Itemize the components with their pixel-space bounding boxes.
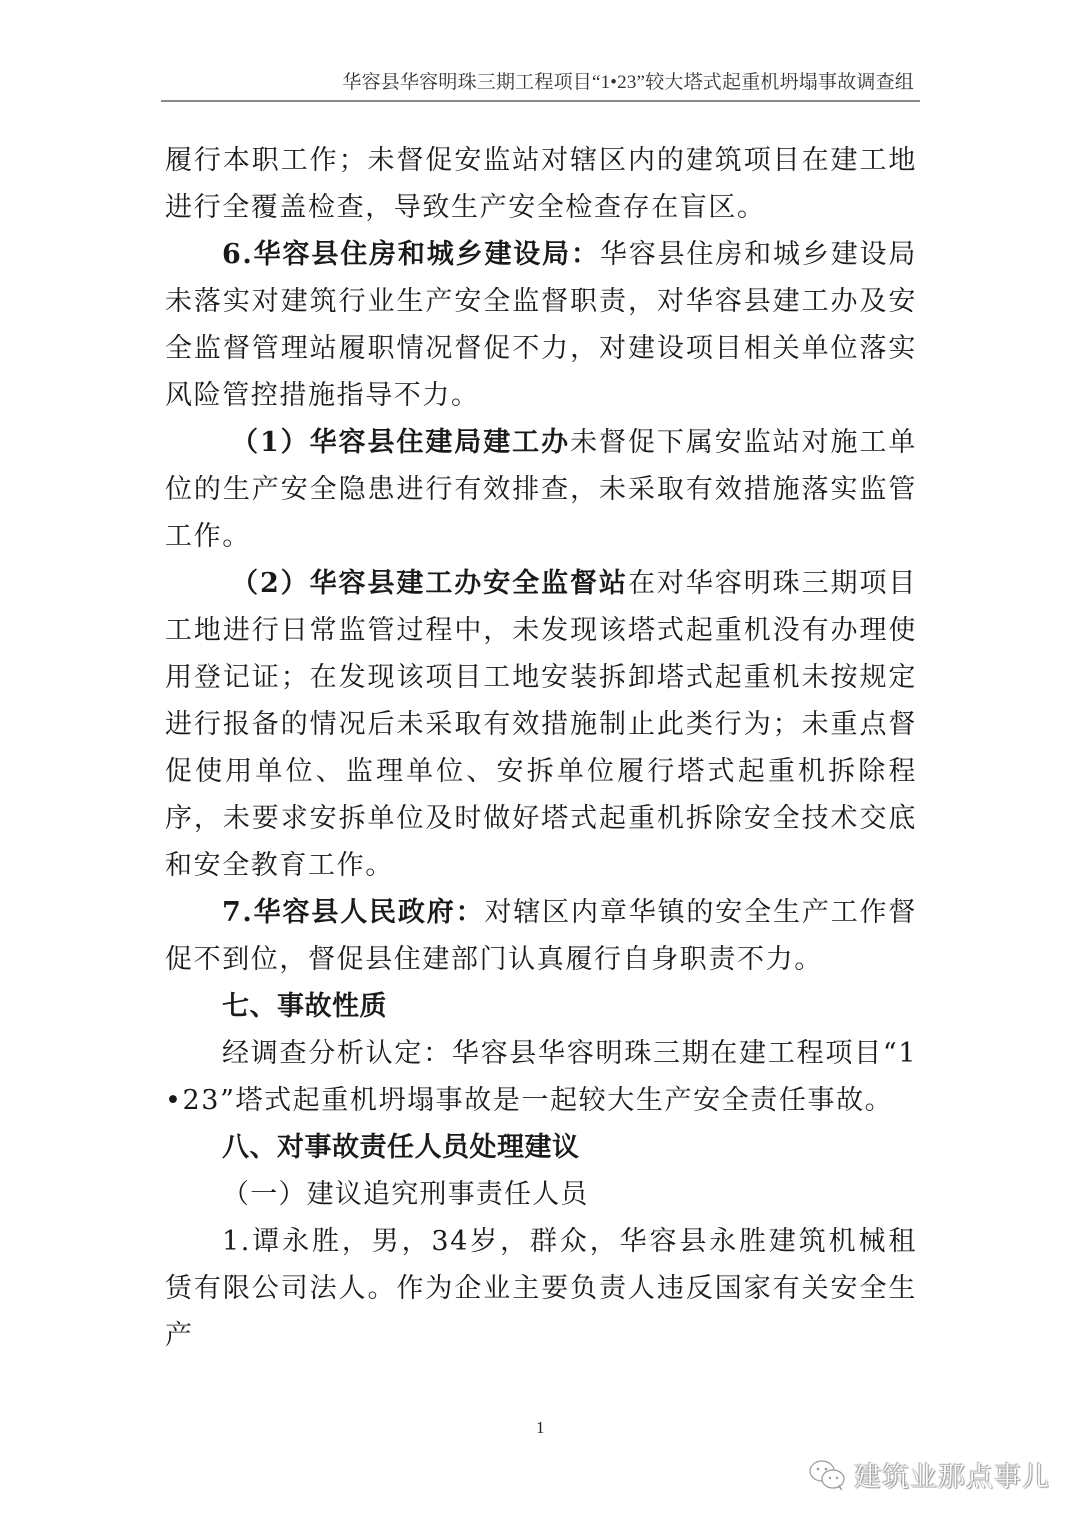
paragraph-section-7: 经调查分析认定：华容县华容明珠三期在建工程项目“1•23”塔式起重机坍塌事故是一… [165,1030,917,1124]
page-number: 1 [536,1418,545,1438]
paragraph-item-7: 7.华容县人民政府：对辖区内章华镇的安全生产工作督促不到位，督促县住建部门认真履… [165,889,917,983]
section-heading-8: 八、对事故责任人员处理建议 [165,1124,917,1171]
item-6-label: 6.华容县住房和城乡建设局： [222,239,600,270]
item-6-1-label: （1）华容县住建局建工办 [231,427,570,458]
watermark: 建筑业那点事儿 [808,1455,1050,1494]
paragraph-continuation: 履行本职工作；未督促安监站对辖区内的建筑项目在建工地进行全覆盖检查，导致生产安全… [165,137,917,231]
page-header: 华容县华容明珠三期工程项目“1•23”较大塔式起重机坍塌事故调查组 [161,72,920,102]
paragraph-item-6-1: （1）华容县住建局建工办未督促下属安监站对施工单位的生产安全隐患进行有效排查，未… [165,419,917,560]
item-6-2-text: 在对华容明珠三期项目工地进行日常监管过程中，未发现该塔式起重机没有办理使用登记证… [165,568,917,881]
subheading-criminal-liability: （一）建议追究刑事责任人员 [165,1171,917,1218]
item-6-2-label: （2）华容县建工办安全监督站 [231,568,628,599]
paragraph-item-6: 6.华容县住房和城乡建设局：华容县住房和城乡建设局未落实对建筑行业生产安全监督职… [165,231,917,419]
wechat-icon [808,1458,848,1492]
paragraph-item-6-2: （2）华容县建工办安全监督站在对华容明珠三期项目工地进行日常监管过程中，未发现该… [165,560,917,889]
document-body: 履行本职工作；未督促安监站对辖区内的建筑项目在建工地进行全覆盖检查，导致生产安全… [165,137,917,1359]
page-header-title: 华容县华容明珠三期工程项目“1•23”较大塔式起重机坍塌事故调查组 [342,72,914,94]
section-heading-7: 七、事故性质 [165,983,917,1030]
paragraph-section-8-item-1: 1.谭永胜，男，34岁，群众，华容县永胜建筑机械租赁有限公司法人。作为企业主要负… [165,1218,917,1359]
watermark-text: 建筑业那点事儿 [854,1455,1050,1494]
item-7-label: 7.华容县人民政府： [222,897,484,928]
